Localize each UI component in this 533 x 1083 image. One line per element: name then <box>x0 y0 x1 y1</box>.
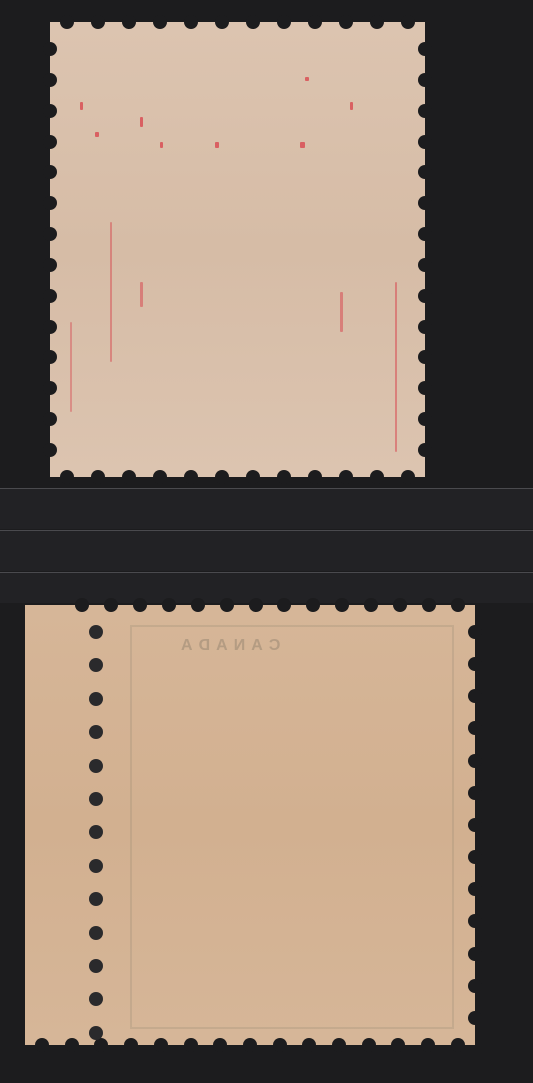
stamp-paper <box>50 22 425 477</box>
stamp-bottom: CANADA <box>25 605 475 1045</box>
perforations-left <box>43 42 57 457</box>
perforations-right <box>418 42 432 457</box>
selvedge-perforations <box>89 625 103 1040</box>
design-show-through <box>130 625 454 1029</box>
stock-strip <box>0 488 533 529</box>
perforations-top <box>60 15 415 29</box>
perforations-right <box>468 625 482 1025</box>
stamp-top <box>50 22 425 477</box>
stock-card: CANADA <box>0 0 533 1083</box>
perforations-bottom <box>35 1038 465 1052</box>
stock-strip <box>0 530 533 571</box>
ghost-text: CANADA <box>175 637 280 655</box>
perforations-top <box>75 598 465 612</box>
perforations-bottom <box>60 470 415 484</box>
